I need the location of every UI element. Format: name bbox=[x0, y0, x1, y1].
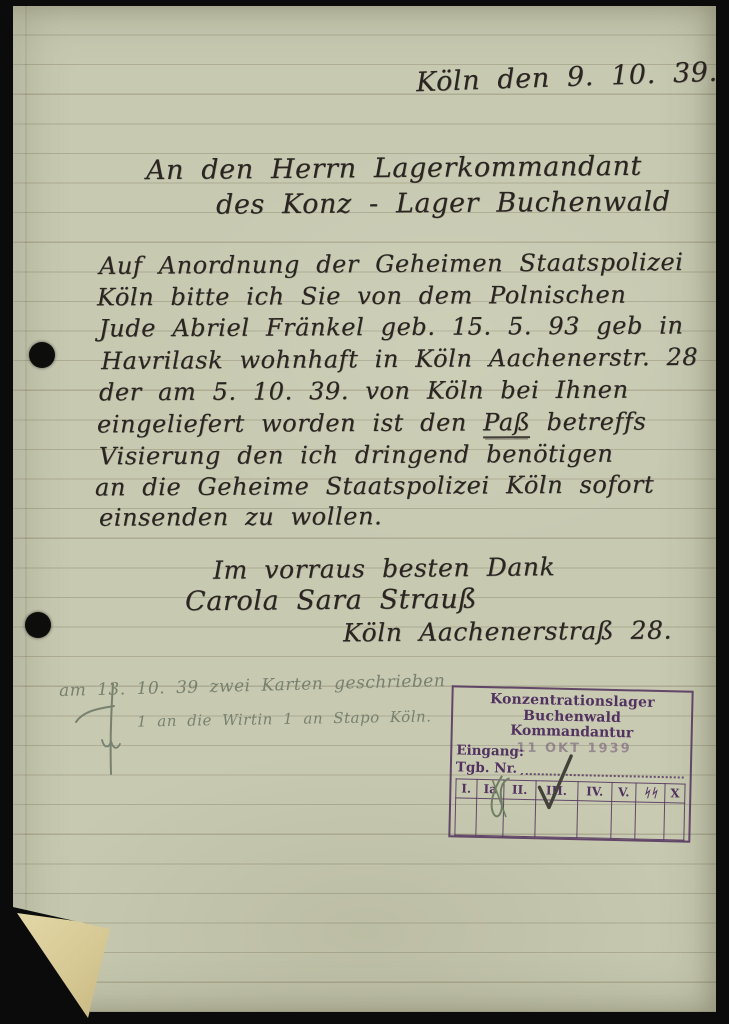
stamp-title: Konzentrationslager Buchenwald bbox=[457, 690, 688, 727]
punch-hole-bottom bbox=[25, 612, 51, 638]
tgb-dotted-line bbox=[521, 772, 684, 779]
address-line-1: An den Herrn Lagerkommandant bbox=[146, 153, 642, 184]
eingang-label: Eingang: bbox=[456, 742, 524, 760]
col-X: X bbox=[665, 784, 685, 803]
received-date-stamp: 11 OKT 1939 bbox=[516, 740, 631, 756]
col-ss-runes: ᛋᛋ bbox=[635, 783, 665, 803]
tgb-label: Tgb. Nr. bbox=[456, 759, 518, 777]
body-line: Havrilask wohnhaft in Köln Aachenerstr. … bbox=[101, 345, 698, 373]
body-line: Jude Abriel Fränkel geb. 15. 5. 93 geb i… bbox=[99, 313, 684, 340]
body-line: einsenden zu wollen. bbox=[99, 504, 382, 529]
body-line: Köln bitte ich Sie von dem Polnischen bbox=[97, 283, 626, 310]
address-line-2: des Konz - Lager Buchenwald bbox=[216, 188, 671, 218]
buchenwald-receipt-stamp: Konzentrationslager Buchenwald Kommandan… bbox=[448, 685, 693, 842]
col-IV: IV. bbox=[577, 782, 612, 802]
body-line: an die Geheime Staatspolizei Köln sofort bbox=[95, 473, 654, 500]
body-line-post: betreffs bbox=[530, 408, 646, 437]
punch-hole-top bbox=[29, 342, 55, 368]
col-Ia: Ia bbox=[476, 779, 504, 799]
stamp-department-table: I. Ia II. III. IV. V. ᛋᛋ X bbox=[454, 778, 685, 840]
col-III: III. bbox=[535, 781, 578, 801]
body-line-pre: eingeliefert worden ist den bbox=[97, 408, 483, 438]
scanned-letter-photo: Köln den 9. 10. 39. An den Herrn Lagerko… bbox=[0, 0, 729, 1024]
col-V: V. bbox=[612, 782, 636, 802]
col-I: I. bbox=[456, 779, 477, 798]
body-line: Auf Anordnung der Geheimen Staatspolizei bbox=[99, 250, 684, 278]
closing-thanks: Im vorraus besten Dank bbox=[213, 554, 556, 583]
pencil-paraph-squiggle bbox=[68, 682, 138, 782]
body-line: Visierung den ich dringend benötigen bbox=[99, 442, 614, 469]
paper-edge-crease bbox=[25, 6, 27, 1012]
col-II: II. bbox=[504, 780, 536, 800]
date-line: Köln den 9. 10. 39. bbox=[416, 59, 719, 97]
signature-address: Köln Aachenerstraß 28. bbox=[343, 618, 672, 646]
letter-page: Köln den 9. 10. 39. An den Herrn Lagerko… bbox=[13, 6, 716, 1012]
body-line-with-underline: eingeliefert worden ist den Paß betreffs bbox=[97, 410, 646, 437]
signature: Carola Sara Strauß bbox=[185, 586, 477, 616]
underlined-word-pass: Paß bbox=[483, 408, 530, 438]
pencil-note-line-2: 1 an die Wirtin 1 an Stapo Köln. bbox=[137, 707, 432, 730]
stamp-table-empty-row bbox=[455, 798, 685, 840]
body-line: der am 5. 10. 39. von Köln bei Ihnen bbox=[99, 378, 629, 405]
